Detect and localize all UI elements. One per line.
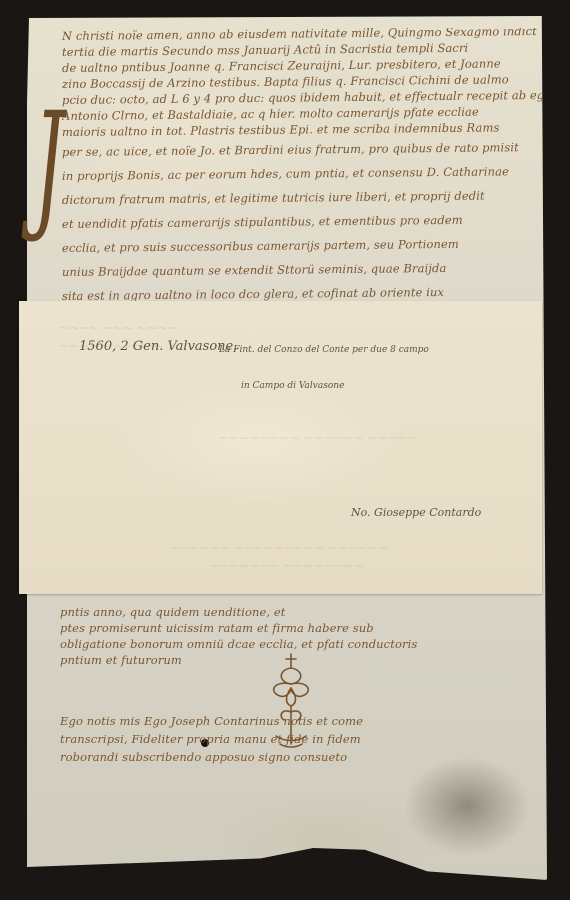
label-date-place: 1560, 2 Gen. Valvasone. — [79, 339, 237, 354]
notary-subscription: Ego notis mis Ego Joseph Contarinus noti… — [60, 712, 500, 766]
text-line: roborandi subscribendo apposuo signo con… — [60, 748, 500, 766]
text-line: obligatione bonorum omniü dcae ecclia, e… — [60, 636, 500, 652]
text-line: pntis anno, qua quidem uenditione, et — [60, 604, 500, 620]
bleed-through-text: ~~~~~~~ ~~~~~~~~ — [209, 559, 364, 573]
label-description-2: in Campo di Valvasone — [241, 381, 344, 391]
bleed-through-text: ~~~~ ~~~ ~~~~ — [59, 321, 177, 335]
archival-label-slip: ~~~~ ~~~ ~~~~ ~~~~~ ~~~~~ 1560, 2 Gen. V… — [19, 301, 542, 594]
text-line: transcripsi, Fideliter propria manu et f… — [60, 730, 500, 748]
bleed-through-text: ~~~~~~~~ ~~~~~~ ~~~~~ — [219, 431, 418, 445]
bleed-through-text: ~~~~~~ ~~~~~~~~~ ~~~~~~ — [169, 541, 388, 555]
decorated-initial: J — [34, 95, 64, 236]
text-line: Ego notis mis Ego Joseph Contarinus noti… — [60, 712, 500, 730]
label-description-1: La Fint. del Conzo del Conte per due 8 c… — [219, 345, 429, 355]
text-line: ptes promiserunt uicissim ratam et firma… — [60, 620, 500, 636]
label-signature: No. Gioseppe Contardo — [351, 506, 481, 519]
